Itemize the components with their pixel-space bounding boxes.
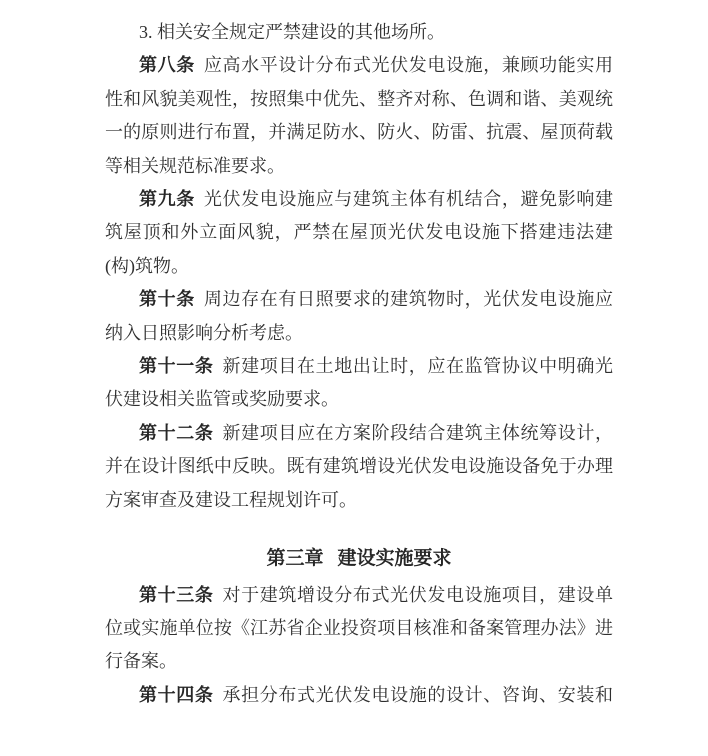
list-item-line: 3. 相关安全规定严禁建设的其他场所。 [105, 16, 613, 49]
text-line: (构)筑物。 [105, 250, 613, 283]
article-start-line: 第十二条新建项目应在方案阶段结合建筑主体统筹设计， [105, 417, 613, 450]
chapter-number: 第三章 [266, 548, 323, 569]
text-line: 筑屋顶和外立面风貌，严禁在屋顶光伏发电设施下搭建违法建 [105, 216, 613, 249]
article-number: 第九条 [139, 189, 195, 209]
line-text: 等相关规范标准要求。 [105, 156, 285, 176]
text-line: 并在设计图纸中反映。既有建筑增设光伏发电设施设备免于办理 [105, 450, 613, 483]
text-line: 等相关规范标准要求。 [105, 150, 613, 183]
chapter-heading: 第三章建设实施要求 [105, 542, 613, 575]
line-text: 新建项目在土地出让时，应在监管协议中明确光 [223, 356, 614, 376]
text-line: 方案审查及建设工程规划许可。 [105, 484, 613, 517]
line-text: 伏建设相关监管或奖励要求。 [105, 389, 339, 409]
article-start-line: 第十四条承担分布式光伏发电设施的设计、咨询、安装和 [105, 679, 613, 712]
line-text: 应高水平设计分布式光伏发电设施，兼顾功能实用 [204, 55, 613, 75]
text-line: 位或实施单位按《江苏省企业投资项目核准和备案管理办法》进 [105, 612, 613, 645]
article-number: 第十三条 [139, 585, 214, 605]
article-number: 第十一条 [139, 356, 214, 376]
article-start-line: 第十条周边存在有日照要求的建筑物时，光伏发电设施应 [105, 283, 613, 316]
line-text: 3. 相关安全规定严禁建设的其他场所。 [139, 22, 445, 42]
line-text: 行备案。 [105, 651, 177, 671]
text-line: 性和风貌美观性，按照集中优先、整齐对称、色调和谐、美观统 [105, 83, 613, 116]
article-start-line: 第十三条对于建筑增设分布式光伏发电设施项目，建设单 [105, 579, 613, 612]
chapter-title: 建设实施要求 [338, 548, 452, 569]
document-text-block: 3. 相关安全规定严禁建设的其他场所。 第八条应高水平设计分布式光伏发电设施，兼… [105, 16, 613, 712]
line-text: (构)筑物。 [105, 256, 189, 276]
line-text: 光伏发电设施应与建筑主体有机结合，避免影响建 [204, 189, 613, 209]
article-number: 第八条 [139, 55, 195, 75]
line-text: 方案审查及建设工程规划许可。 [105, 490, 357, 510]
text-line: 行备案。 [105, 645, 613, 678]
line-text: 承担分布式光伏发电设施的设计、咨询、安装和 [223, 685, 614, 705]
line-text: 位或实施单位按《江苏省企业投资项目核准和备案管理办法》进 [105, 618, 613, 638]
text-line: 一的原则进行布置，并满足防水、防火、防雷、抗震、屋顶荷载 [105, 116, 613, 149]
line-text: 周边存在有日照要求的建筑物时，光伏发电设施应 [204, 289, 613, 309]
line-text: 性和风貌美观性，按照集中优先、整齐对称、色调和谐、美观统 [105, 89, 613, 109]
article-number: 第十条 [139, 289, 195, 309]
line-text: 纳入日照影响分析考虑。 [105, 323, 303, 343]
article-start-line: 第九条光伏发电设施应与建筑主体有机结合，避免影响建 [105, 183, 613, 216]
article-number: 第十四条 [139, 685, 214, 705]
line-text: 筑屋顶和外立面风貌，严禁在屋顶光伏发电设施下搭建违法建 [105, 222, 613, 242]
article-number: 第十二条 [139, 423, 214, 443]
document-page: 3. 相关安全规定严禁建设的其他场所。 第八条应高水平设计分布式光伏发电设施，兼… [0, 0, 708, 756]
article-start-line: 第十一条新建项目在土地出让时，应在监管协议中明确光 [105, 350, 613, 383]
line-text: 并在设计图纸中反映。既有建筑增设光伏发电设施设备免于办理 [105, 456, 613, 476]
line-text: 对于建筑增设分布式光伏发电设施项目，建设单 [223, 585, 614, 605]
article-start-line: 第八条应高水平设计分布式光伏发电设施，兼顾功能实用 [105, 49, 613, 82]
line-text: 一的原则进行布置，并满足防水、防火、防雷、抗震、屋顶荷载 [105, 122, 613, 142]
text-line: 伏建设相关监管或奖励要求。 [105, 383, 613, 416]
line-text: 新建项目应在方案阶段结合建筑主体统筹设计， [223, 423, 614, 443]
text-line: 纳入日照影响分析考虑。 [105, 317, 613, 350]
